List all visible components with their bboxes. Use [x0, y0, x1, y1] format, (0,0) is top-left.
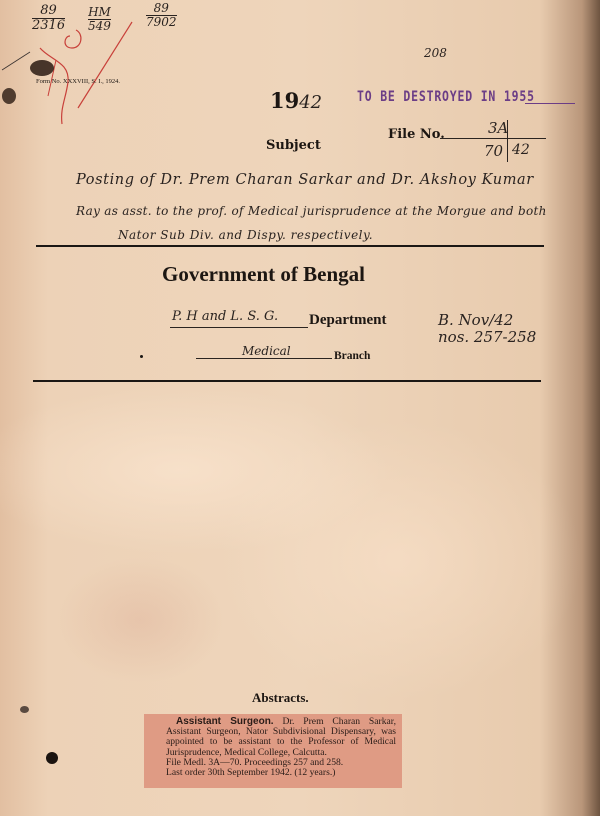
- subject-line-1: Posting of Dr. Prem Charan Sarkar and Dr…: [76, 172, 534, 188]
- file-no-line: [440, 138, 546, 139]
- subject-line-3: Nator Sub Div. and Dispy. respectively.: [118, 228, 373, 242]
- file-no-value-year: 42: [512, 142, 530, 158]
- folio-note: 208: [424, 46, 447, 60]
- year-printed: 19: [270, 88, 299, 113]
- branch-label: Branch: [334, 350, 370, 362]
- subject-line-2: Ray as asst. to the prof. of Medical jur…: [76, 204, 547, 218]
- bullet-dot: [140, 355, 143, 358]
- proceedings-note-line2: nos. 257-258: [438, 329, 536, 346]
- file-no-label: File No.: [388, 127, 445, 142]
- ref-note-3-top: 89: [146, 2, 177, 15]
- ref-note-3: 89 7902: [146, 2, 177, 29]
- year: 1942: [270, 88, 322, 113]
- ink-blot: [20, 706, 29, 713]
- department-label: Department: [309, 312, 386, 329]
- burn-mark: [30, 60, 54, 76]
- abstract-body: Assistant Surgeon. Dr. Prem Charan Sarka…: [166, 717, 396, 758]
- branch-handwritten: Medical: [242, 344, 291, 358]
- burn-mark: [2, 88, 16, 104]
- subject-rule: [36, 245, 544, 247]
- abstract-last-order: Last order 30th September 1942. (12 year…: [166, 768, 396, 778]
- file-cover-page: 89 2316 HM 549 89 7902 Form No. XXXVIII,…: [0, 0, 600, 816]
- destroy-stamp: TO BE DESTROYED IN 1955: [357, 89, 535, 105]
- branch-line: [196, 358, 332, 359]
- abstracts-heading: Abstracts.: [252, 690, 309, 706]
- header-rule: [33, 380, 541, 382]
- government-title: Government of Bengal: [162, 262, 365, 287]
- form-number: Form No. XXXVIII, S. I., 1924.: [36, 78, 120, 85]
- file-no-value-bottom: 70: [484, 142, 503, 160]
- year-handwritten: 42: [299, 92, 322, 113]
- department-line: [170, 327, 308, 328]
- abstract-clipping: Assistant Surgeon. Dr. Prem Charan Sarka…: [144, 714, 402, 788]
- file-no-value-top: 3A: [488, 119, 508, 137]
- department-handwritten: P. H and L. S. G.: [172, 309, 278, 324]
- proceedings-note: B. Nov/42 nos. 257-258: [438, 312, 536, 346]
- red-pencil-marks-icon: [0, 0, 140, 130]
- file-no-divider: [507, 120, 508, 162]
- stamp-underline: [525, 103, 575, 104]
- ink-blot: [46, 752, 58, 764]
- ref-note-3-bottom: 7902: [146, 15, 177, 29]
- subject-label: Subject: [266, 138, 321, 153]
- proceedings-note-line1: B. Nov/42: [438, 312, 536, 329]
